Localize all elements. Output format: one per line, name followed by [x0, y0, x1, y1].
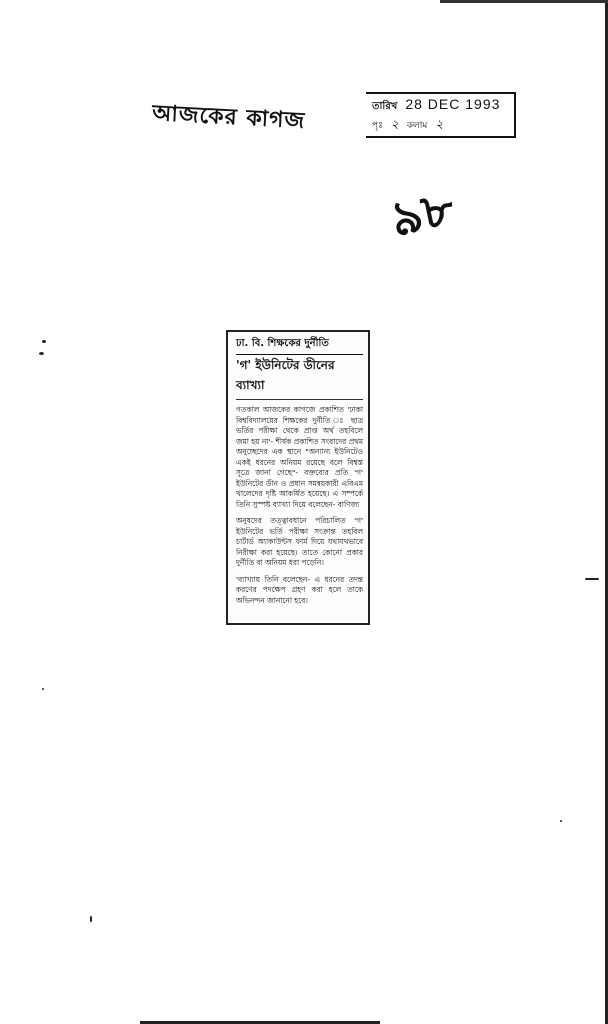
stamp-page-row: পৃঃ ২ কলাম ২	[372, 116, 508, 136]
stamp-column-label: কলাম	[407, 118, 428, 133]
scan-speck	[42, 340, 46, 343]
newspaper-masthead: আজকের কাগজ	[151, 96, 306, 141]
scan-speck	[39, 352, 44, 355]
scan-speck	[90, 916, 92, 922]
clipping-paragraph: 'ব্যাখ্যায় তিনি বলেছেন- এ ধরনের তদন্ত ক…	[236, 575, 363, 607]
stamp-date-label: তারিখ	[372, 99, 397, 116]
clipping-paragraph: গতকাল আজকের কাগজে প্রকাশিত 'ঢাকা বিশ্ববি…	[236, 405, 363, 510]
stamp-date-value: 28 DEC 1993	[405, 96, 500, 112]
stamp-page-value: ২	[391, 116, 399, 136]
clipping-headline: 'গ' ইউনিটের ডীনের ব্যাখ্যা	[236, 357, 363, 400]
scan-speck	[560, 820, 562, 822]
stamp-page-label: পৃঃ	[372, 118, 383, 133]
scan-edge-top	[440, 0, 608, 3]
newspaper-clipping: ঢা. বি. শিক্ষকের দুর্নীতি 'গ' ইউনিটের ডী…	[226, 330, 370, 625]
scan-speck	[42, 688, 44, 690]
stamp-date-row: তারিখ 28 DEC 1993	[372, 96, 508, 116]
handwritten-number: ৯৮	[384, 172, 461, 262]
stamp-column-value: ২	[435, 116, 443, 136]
date-stamp: তারিখ 28 DEC 1993 পৃঃ ২ কলাম ২	[366, 92, 516, 138]
scan-speck	[585, 578, 599, 580]
clipping-kicker: ঢা. বি. শিক্ষকের দুর্নীতি	[236, 336, 363, 355]
clipping-paragraph: অনুষদের তত্ত্বাবধানে পরিচালিত 'গ' ইউনিটে…	[236, 516, 363, 569]
